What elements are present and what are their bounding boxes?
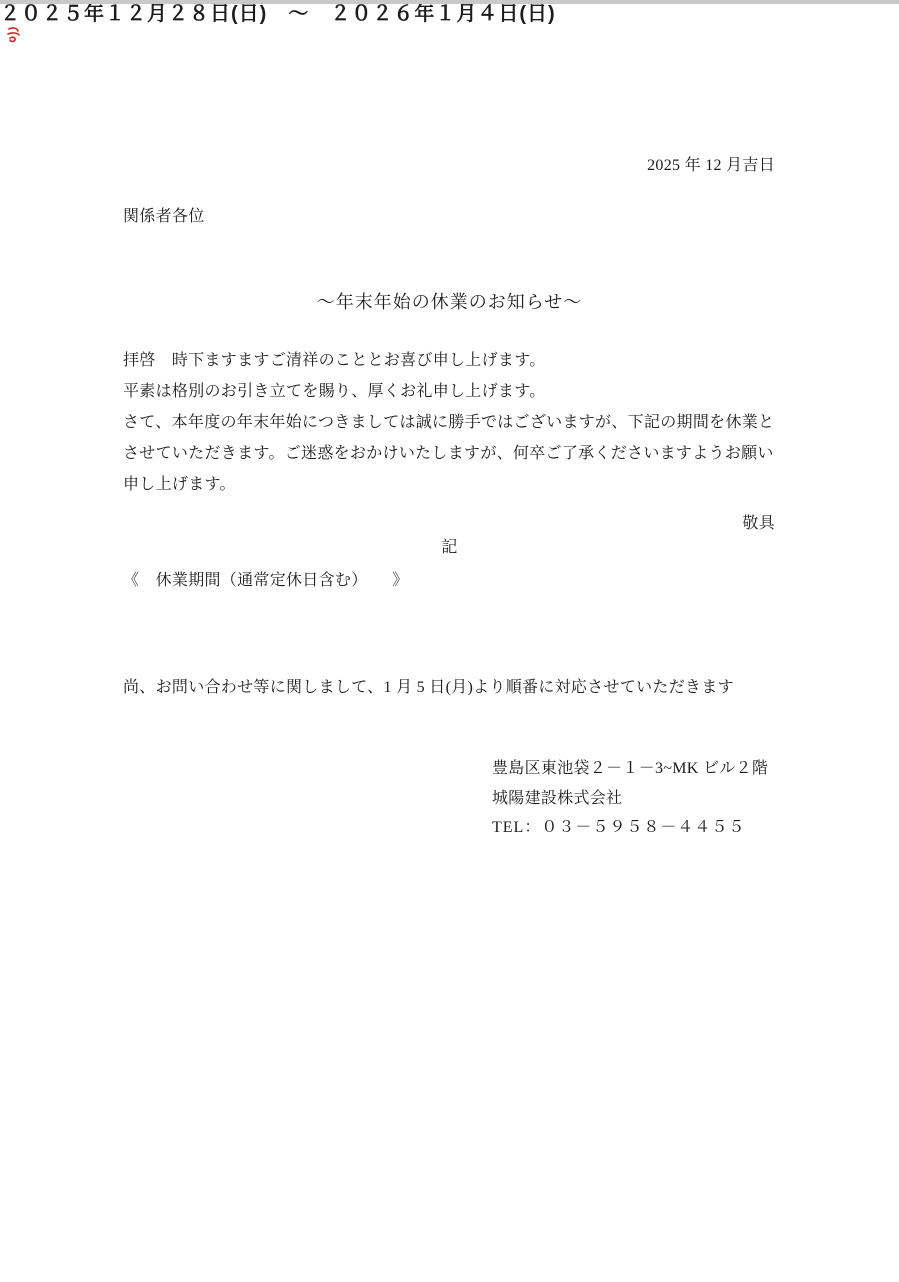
body-line: 平素は格別のお引き立てを賜り、厚くお礼申し上げます。	[123, 381, 546, 403]
sender-address: 豊島区東池袋２－１－3~MK ビル２階	[492, 758, 768, 780]
body-line: さて、本年度の年末年始につきましては誠に勝手ではございますが、下記の期間を休業と	[123, 412, 774, 434]
sender-telephone: TEL：０３－５９５８－４４５５	[492, 817, 745, 839]
sender-company-name: 城陽建設株式会社	[492, 788, 622, 810]
body-line: 拝啓 時下ますますご清祥のこととお喜び申し上げます。	[123, 350, 546, 372]
inquiry-note: 尚、お問い合わせ等に関しまして、1 月 5 日(月)より順番に対応させていただき…	[123, 677, 734, 699]
body-line: 申し上げます。	[123, 474, 236, 496]
body-line: させていただきます。ご迷惑をおかけいたしますが、何卒ご了承くださいますようお願い	[123, 443, 774, 465]
red-scribble-mark-icon	[6, 26, 22, 44]
recipient-line: 関係者各位	[123, 206, 205, 228]
letter-document: 2025 年 12 月吉日 関係者各位 ～年末年始の休業のお知らせ～ 拝啓 時下…	[0, 0, 899, 1282]
document-date: 2025 年 12 月吉日	[647, 155, 775, 177]
record-marker-ki: 記	[0, 537, 899, 559]
holiday-period-heading: 《 休業期間（通常定休日含む） 》	[123, 570, 408, 592]
top-window-edge-bar	[0, 0, 899, 4]
closing-keigu: 敬具	[742, 513, 775, 535]
holiday-period-dates: ２０２５年１２月２８日(日) ～ ２０２６年１月４日(日)	[0, 0, 899, 28]
document-title: ～年末年始の休業のお知らせ～	[0, 291, 899, 313]
